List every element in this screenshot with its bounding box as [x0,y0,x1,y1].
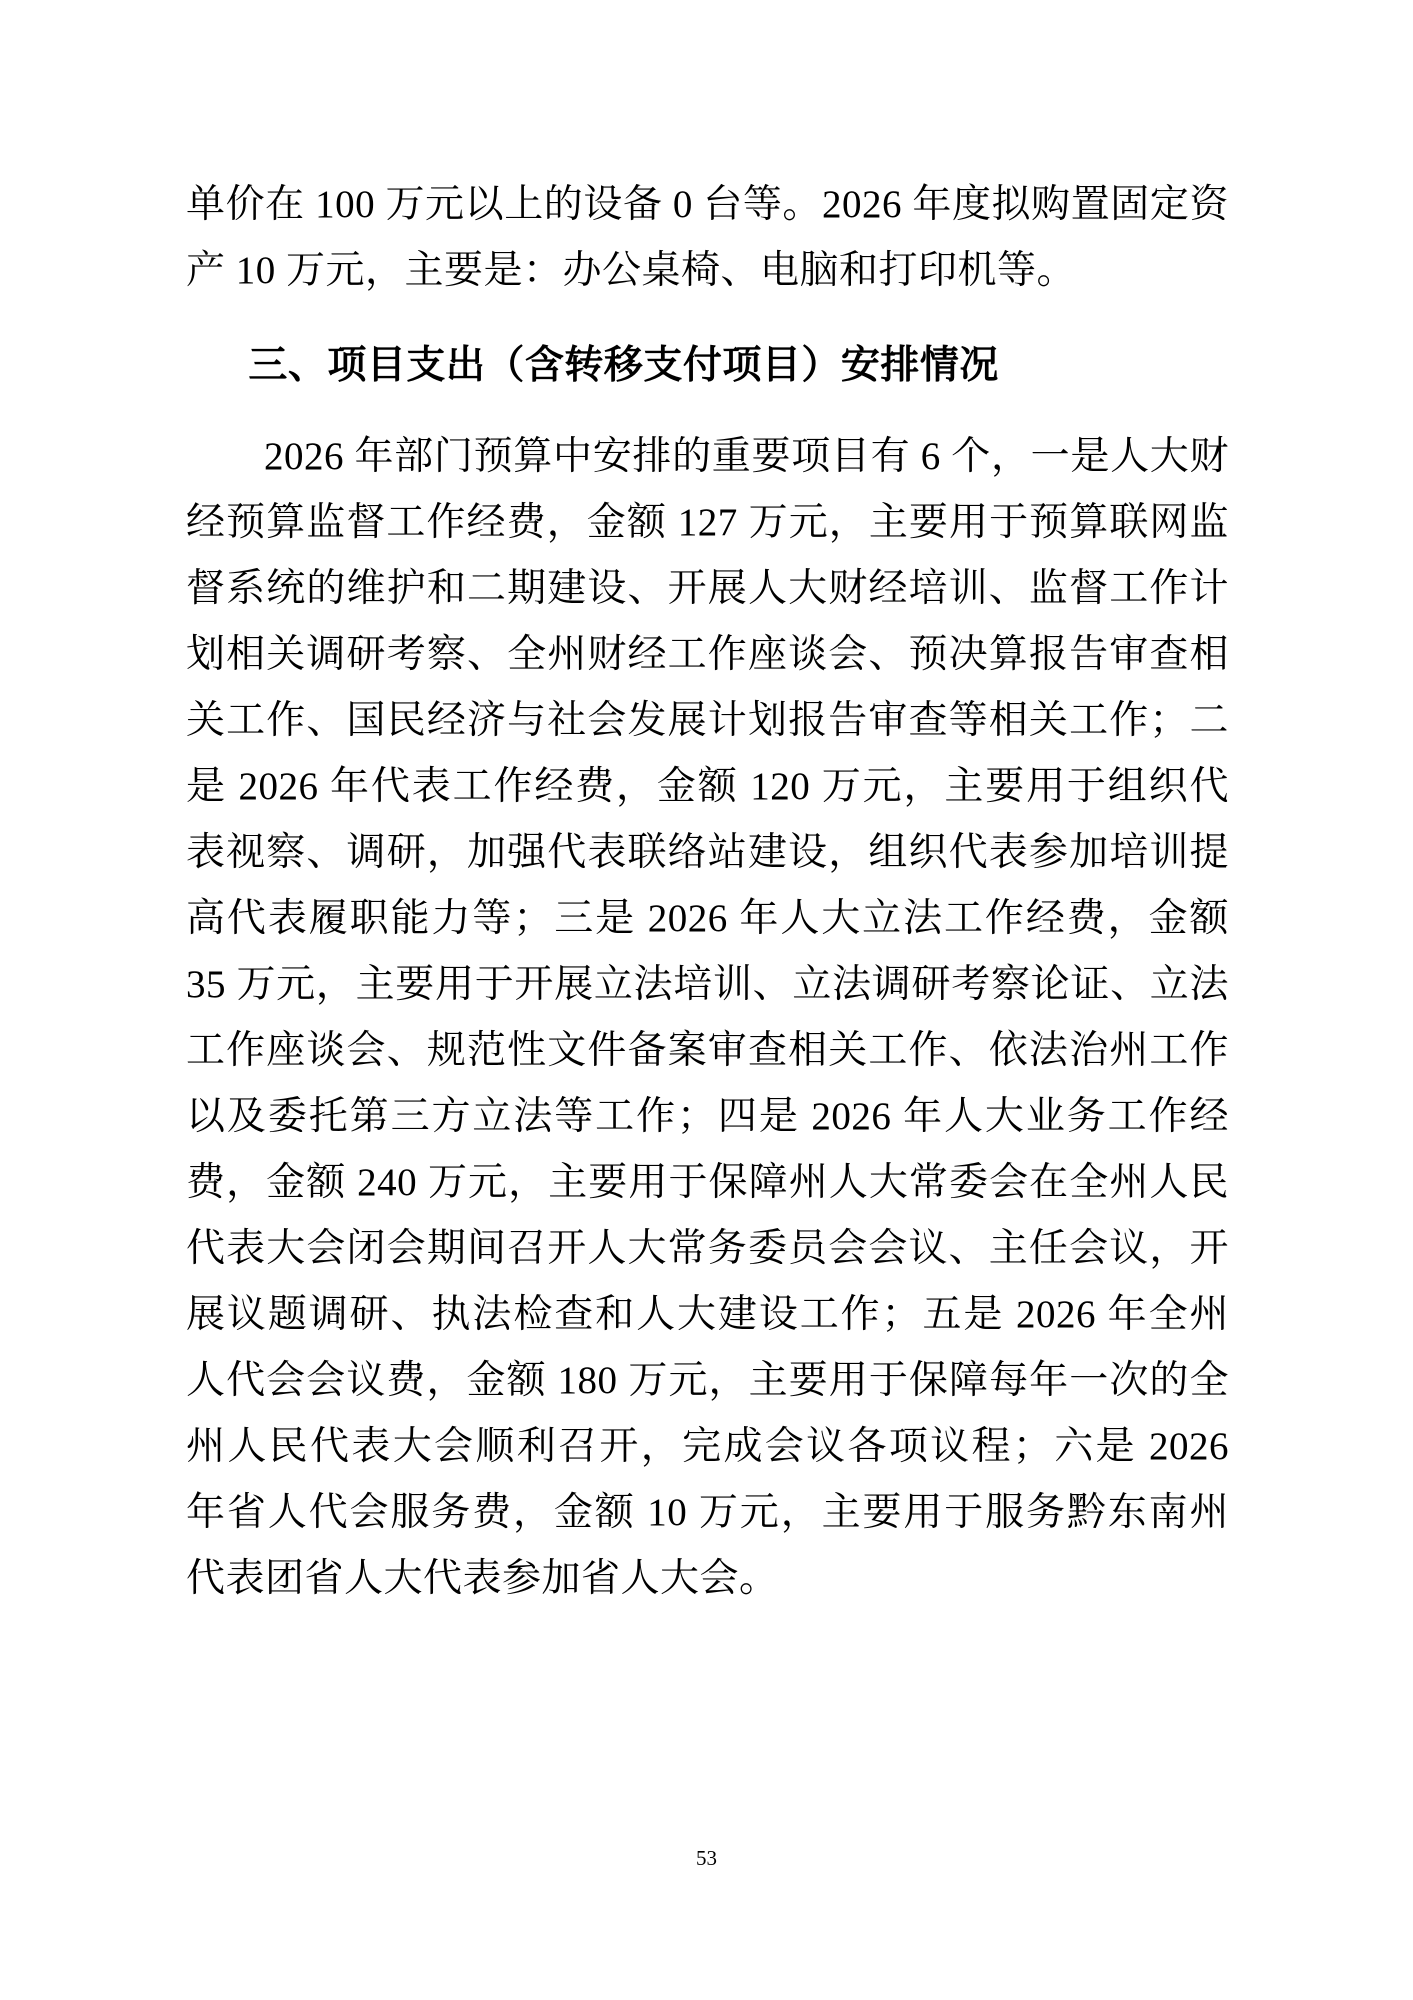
paragraph-fixed-assets: 单价在 100 万元以上的设备 0 台等。2026 年度拟购置固定资产 10 万… [186,172,1229,304]
paragraph-project-expenditure: 2026 年部门预算中安排的重要项目有 6 个，一是人大财经预算监督工作经费，金… [186,424,1229,1612]
page-number: 53 [0,1846,1413,1871]
document-content: 单价在 100 万元以上的设备 0 台等。2026 年度拟购置固定资产 10 万… [186,172,1229,1612]
document-page: 单价在 100 万元以上的设备 0 台等。2026 年度拟购置固定资产 10 万… [0,0,1413,2000]
section-heading-project-expenditure: 三、项目支出（含转移支付项目）安排情况 [186,335,1229,397]
